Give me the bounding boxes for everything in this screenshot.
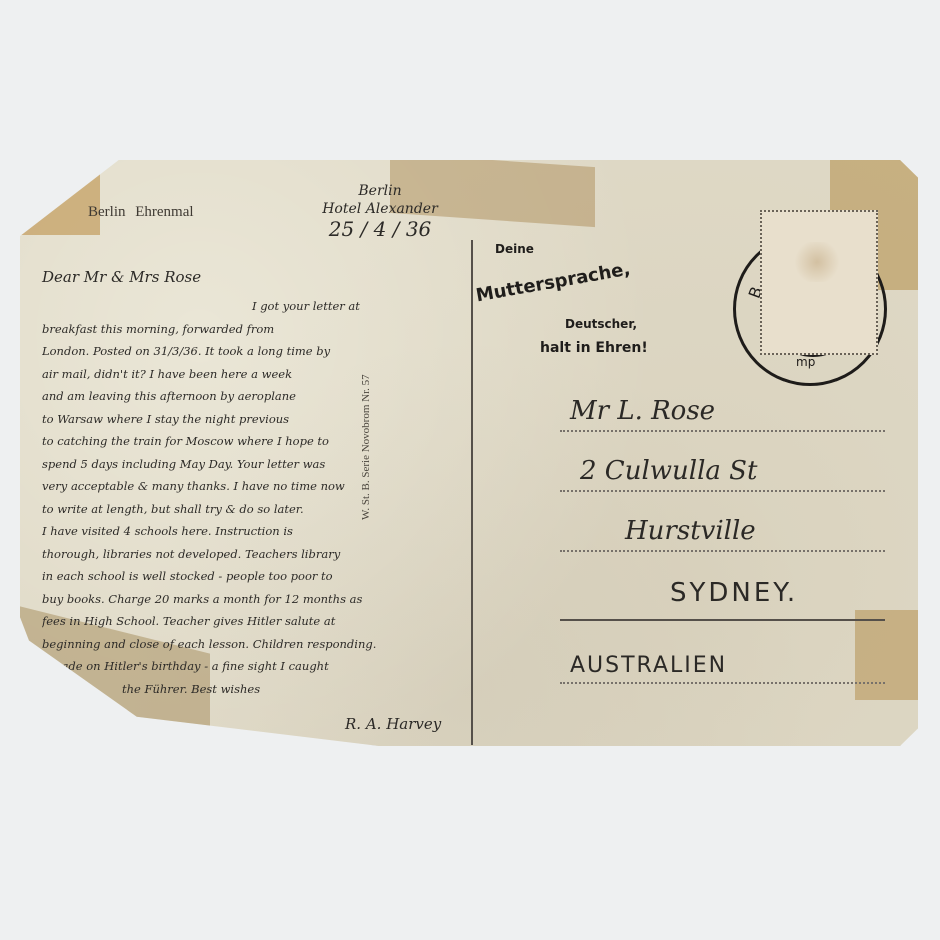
address-line-street: 2 Culwulla St	[560, 450, 885, 492]
letter-line: thorough, libraries not developed. Teach…	[42, 543, 467, 566]
address-line-name: Mr L. Rose	[560, 390, 885, 432]
address-line-country: AUSTRALIEN	[560, 642, 885, 684]
letter-body: I got your letter at breakfast this morn…	[42, 295, 467, 700]
letter-line: fees in High School. Teacher gives Hitle…	[42, 610, 467, 633]
address-solid-rule	[560, 619, 885, 621]
tape-top-left	[20, 160, 100, 235]
cachet-line: Muttersprache,	[474, 259, 631, 307]
stamp-box	[760, 210, 878, 355]
letter-line: buy books. Charge 20 marks a month for 1…	[42, 588, 467, 611]
letter-line: and am leaving this afternoon by aeropla…	[42, 385, 467, 408]
header-date: 25 / 4 / 36	[310, 218, 450, 240]
cachet-line: halt in Ehren!	[540, 340, 648, 356]
header-note: Berlin Hotel Alexander 25 / 4 / 36	[310, 182, 450, 240]
salutation: Dear Mr & Mrs Rose	[42, 268, 201, 286]
letter-line: very acceptable & many thanks. I have no…	[42, 475, 467, 498]
postmark-code: mp	[796, 355, 815, 369]
center-divider	[471, 240, 473, 745]
cachet-line: Deine	[495, 242, 534, 256]
letter-line: to write at length, but shall try & do s…	[42, 498, 467, 521]
letter-line: spend 5 days including May Day. Your let…	[42, 453, 467, 476]
letter-line: I got your letter at	[42, 295, 467, 318]
postcard: Berlin Ehrenmal Berlin Hotel Alexander 2…	[20, 160, 918, 746]
printed-title: Berlin Ehrenmal	[88, 204, 194, 221]
header-city: Berlin	[310, 182, 450, 200]
signature: R. A. Harvey	[345, 715, 441, 733]
letter-line: air mail, didn't it? I have been here a …	[42, 363, 467, 386]
letter-line: to Warsaw where I stay the night previou…	[42, 408, 467, 431]
letter-line: to catching the train for Moscow where I…	[42, 430, 467, 453]
letter-line: the Führer. Best wishes	[42, 678, 467, 701]
cachet-line: Deutscher,	[565, 317, 637, 331]
letter-line: breakfast this morning, forwarded from	[42, 318, 467, 341]
letter-line: I have visited 4 schools here. Instructi…	[42, 520, 467, 543]
address-line-suburb: Hurstville	[560, 510, 885, 552]
letter-line: London. Posted on 31/3/36. It took a lon…	[42, 340, 467, 363]
address-line-city: SYDNEY.	[560, 572, 885, 612]
header-hotel: Hotel Alexander	[310, 200, 450, 218]
letter-line: Parade on Hitler's birthday - a fine sig…	[42, 655, 467, 678]
letter-line: in each school is well stocked - people …	[42, 565, 467, 588]
letter-line: beginning and close of each lesson. Chil…	[42, 633, 467, 656]
